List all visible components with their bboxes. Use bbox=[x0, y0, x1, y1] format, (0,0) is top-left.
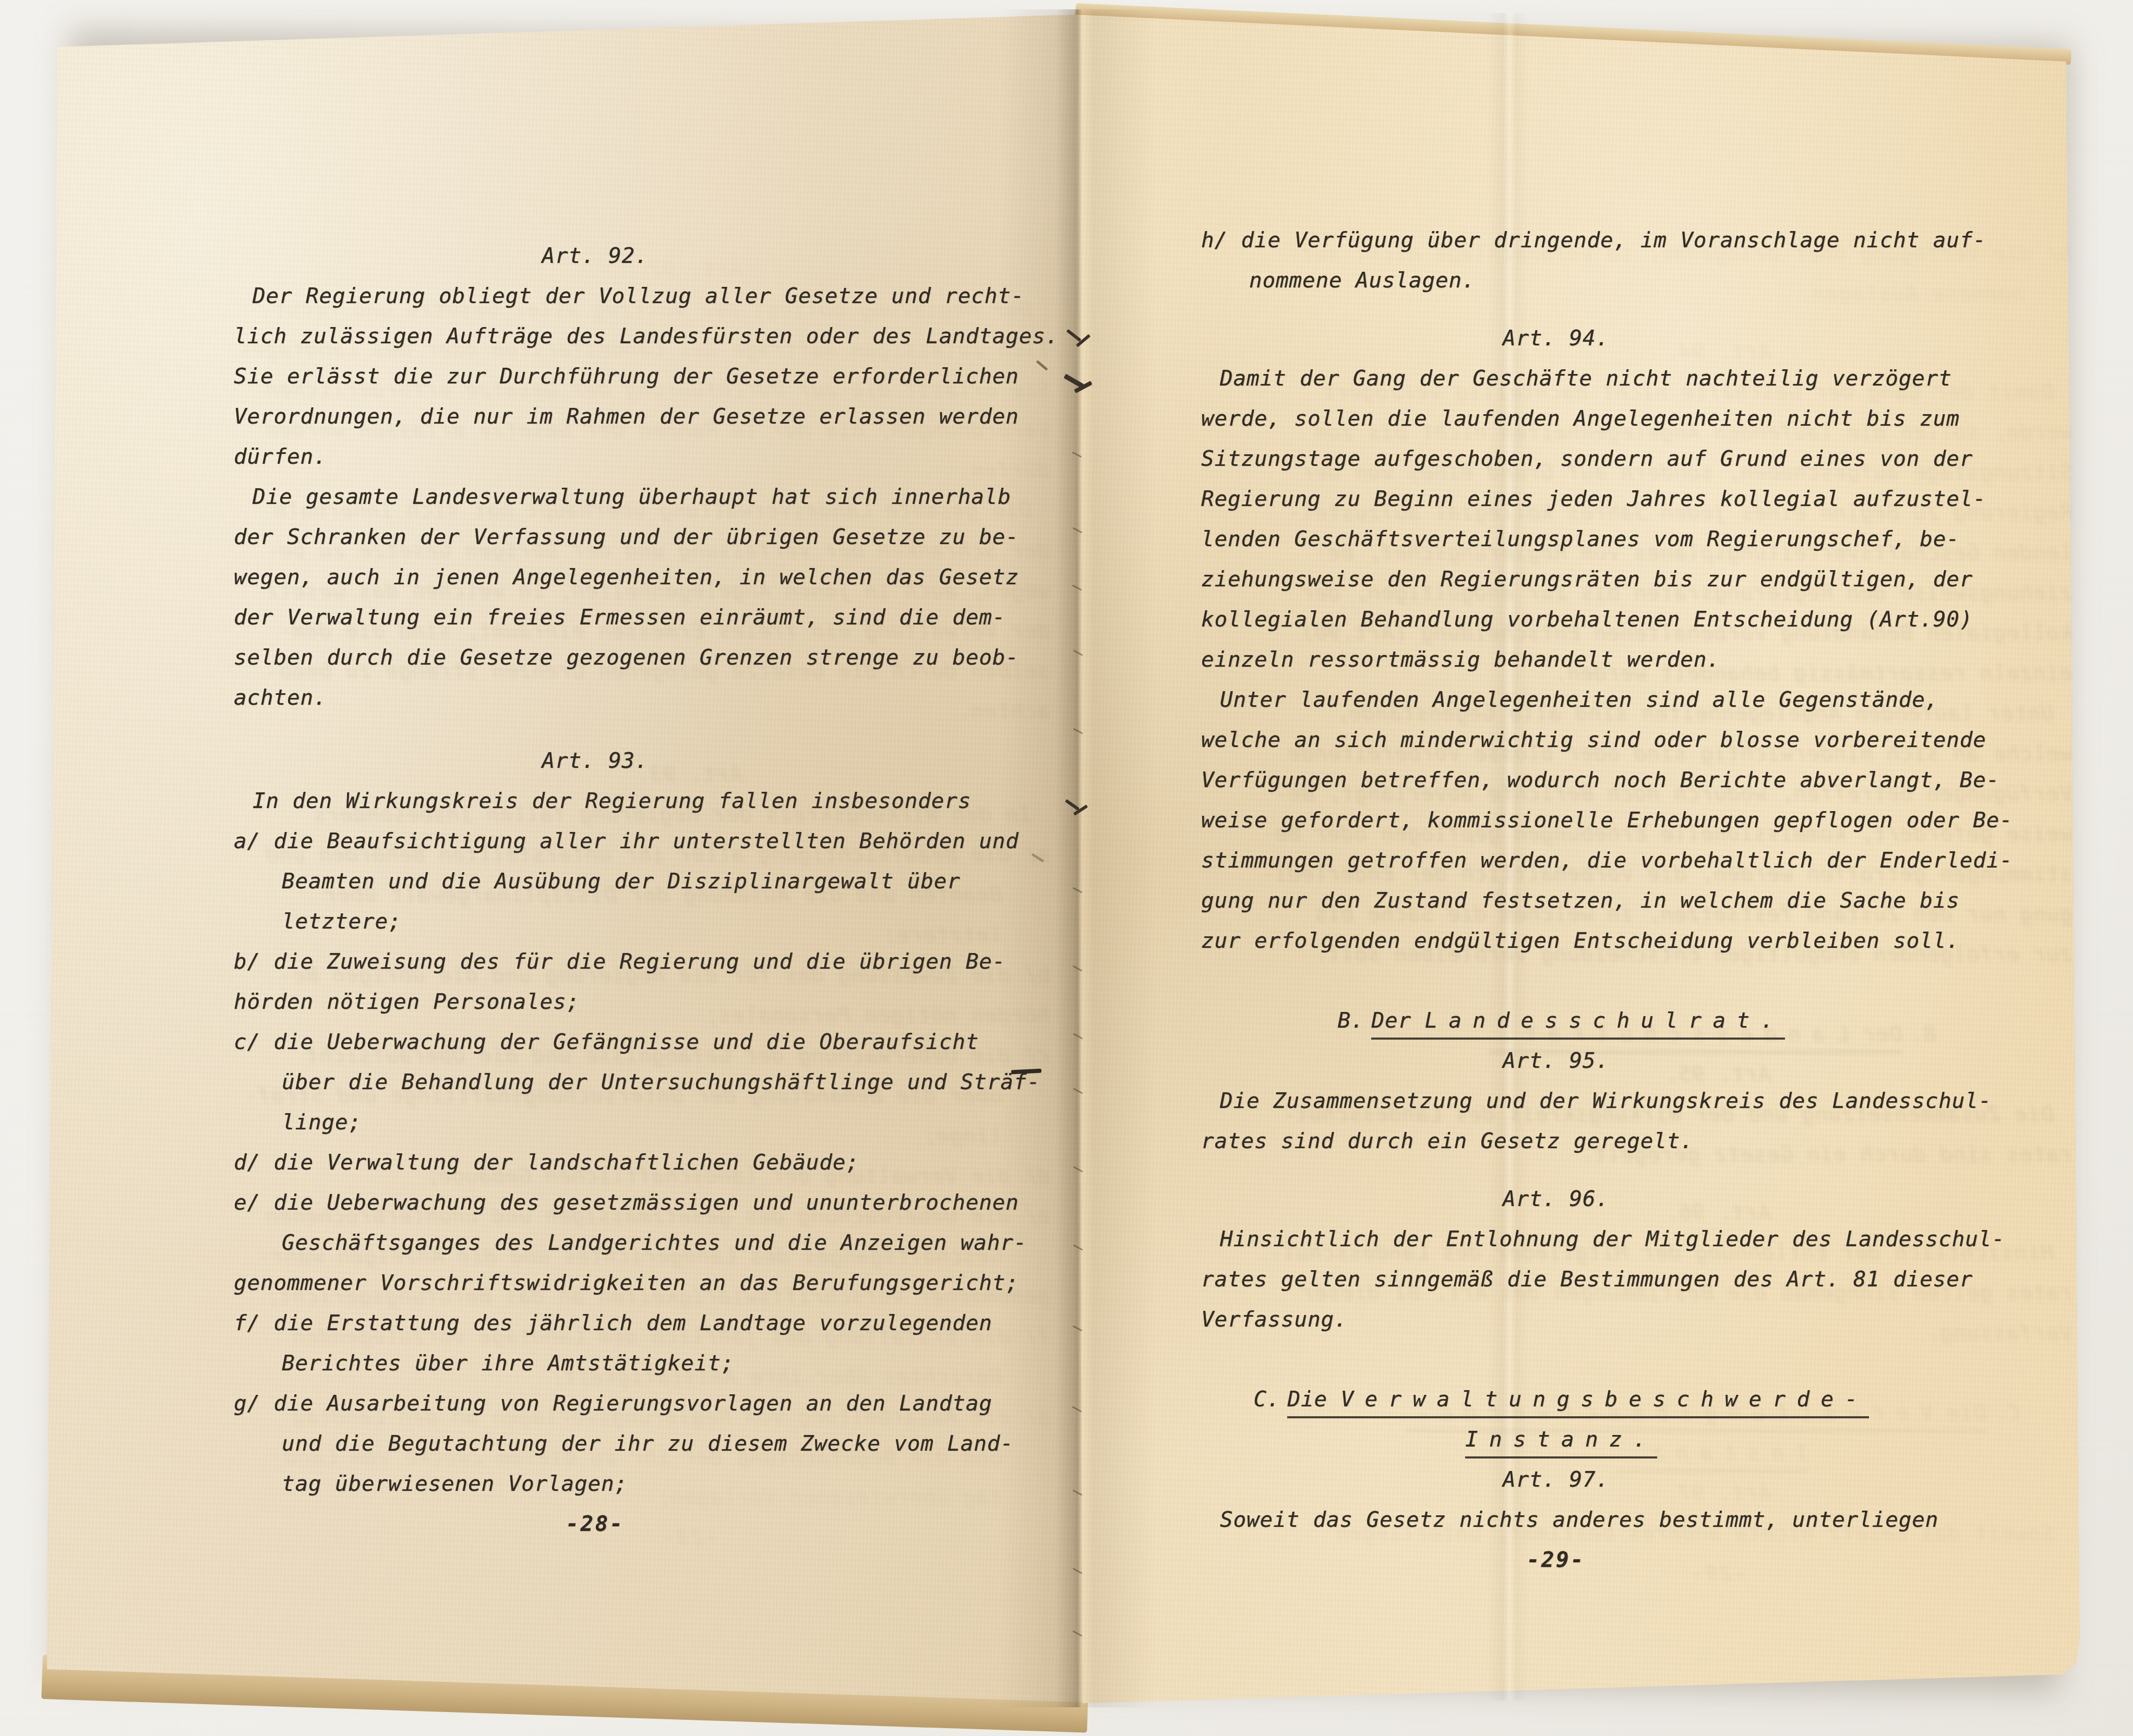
article-heading: Art. 95. bbox=[1201, 1041, 2072, 1081]
page-number: -28- bbox=[234, 1504, 1050, 1544]
text-line: Verordnungen, die nur im Rahmen der Gese… bbox=[234, 396, 1050, 437]
text-line: Berichtes über ihre Amtstätigkeit; bbox=[234, 1343, 1050, 1383]
text-line: In den Wirkungskreis der Regierung falle… bbox=[234, 781, 1050, 821]
page-number: -29- bbox=[1201, 1540, 2072, 1580]
text-line: nommene Auslagen. bbox=[1201, 260, 2072, 300]
text-line: Hinsichtlich der Entlohnung der Mitglied… bbox=[1201, 1219, 2072, 1259]
text-line: lich zulässigen Aufträge des Landesfürst… bbox=[234, 316, 1050, 356]
text-line: Die Zusammensetzung und der Wirkungskrei… bbox=[1201, 1081, 2072, 1121]
text-line: stimmungen getroffen werden, die vorbeha… bbox=[1201, 840, 2072, 881]
text-line: Regierung zu Beginn eines jeden Jahres k… bbox=[1201, 479, 2072, 519]
text-line: d/ die Verwaltung der landschaftlichen G… bbox=[234, 1142, 1050, 1183]
text-line: Unter laufenden Angelegenheiten sind all… bbox=[1201, 680, 2072, 720]
article-heading: Art. 96. bbox=[1201, 1179, 2072, 1219]
text-line: genommener Vorschriftswidrigkeiten an da… bbox=[234, 1263, 1050, 1303]
section-title-underlined: Die Verwaltungsbeschwerde- bbox=[1287, 1387, 1868, 1418]
text-line: e/ die Ueberwachung des gesetzmässigen u… bbox=[234, 1183, 1050, 1223]
section-letter: C. bbox=[1253, 1387, 1280, 1412]
text-line: tag überwiesenen Vorlagen; bbox=[234, 1464, 1050, 1504]
text-line: der Schranken der Verfassung und der übr… bbox=[234, 517, 1050, 557]
text-line: Die gesamte Landesverwaltung überhaupt h… bbox=[234, 477, 1050, 517]
text-line: Verfassung. bbox=[1201, 1299, 2072, 1340]
text-line: Beamten und die Ausübung der Disziplinar… bbox=[234, 861, 1050, 901]
text-line: Damit der Gang der Geschäfte nicht nacht… bbox=[1201, 358, 2072, 399]
text-line: Sitzungstage aufgeschoben, sondern auf G… bbox=[1201, 439, 2072, 479]
article-heading: Art. 97. bbox=[1201, 1460, 2072, 1500]
right-page-text: h/ die Verfügung über dringende, im Vora… bbox=[1201, 220, 2072, 1580]
text-line: weise gefordert, kommissionelle Erhebung… bbox=[1201, 800, 2072, 840]
text-line: b/ die Zuweisung des für die Regierung u… bbox=[234, 942, 1050, 982]
text-line: welche an sich minderwichtig sind oder b… bbox=[1201, 720, 2072, 760]
text-line: und die Begutachtung der ihr zu diesem Z… bbox=[234, 1424, 1050, 1464]
section-title-underlined: Der Landesschulrat. bbox=[1371, 1008, 1784, 1040]
section-heading: C.Die Verwaltungsbeschwerde- bbox=[1201, 1379, 2072, 1419]
article-heading: Art. 93. bbox=[234, 741, 1050, 781]
text-line: lenden Geschäftsverteilungsplanes vom Re… bbox=[1201, 519, 2072, 559]
text-line: hörden nötigen Personales; bbox=[234, 982, 1050, 1022]
section-heading: B.Der Landesschulrat. bbox=[1201, 1000, 2072, 1041]
text-line: gung nur den Zustand festsetzen, in welc… bbox=[1201, 881, 2072, 921]
text-line: wegen, auch in jenen Angelegenheiten, in… bbox=[234, 557, 1050, 597]
left-page-text: Art. 92.Der Regierung obliegt der Vollzu… bbox=[234, 236, 1050, 1544]
text-line: g/ die Ausarbeitung von Regierungsvorlag… bbox=[234, 1383, 1050, 1424]
article-heading: Art. 92. bbox=[234, 236, 1050, 276]
text-line: selben durch die Gesetze gezogenen Grenz… bbox=[234, 637, 1050, 678]
section-heading: Instanz. bbox=[1201, 1419, 2072, 1460]
text-line: Soweit das Gesetz nichts anderes bestimm… bbox=[1201, 1500, 2072, 1540]
text-line: f/ die Erstattung des jährlich dem Landt… bbox=[234, 1303, 1050, 1343]
article-heading: Art. 94. bbox=[1201, 318, 2072, 358]
text-line: kollegialen Behandlung vorbehaltenen Ent… bbox=[1201, 599, 2072, 640]
text-line: c/ die Ueberwachung der Gefängnisse und … bbox=[234, 1022, 1050, 1062]
text-line: der Verwaltung ein freies Ermessen einrä… bbox=[234, 597, 1050, 637]
text-line: einzeln ressortmässig behandelt werden. bbox=[1201, 640, 2072, 680]
text-line: linge; bbox=[234, 1102, 1050, 1142]
text-line: a/ die Beaufsichtigung aller ihr unterst… bbox=[234, 821, 1050, 861]
text-line: ziehungsweise den Regierungsräten bis zu… bbox=[1201, 559, 2072, 599]
text-line: rates gelten sinngemäß die Bestimmungen … bbox=[1201, 1259, 2072, 1299]
text-line: letztere; bbox=[234, 901, 1050, 942]
text-line: Sie erlässt die zur Durchführung der Ges… bbox=[234, 356, 1050, 396]
text-line: h/ die Verfügung über dringende, im Vora… bbox=[1201, 220, 2072, 260]
text-line: achten. bbox=[234, 678, 1050, 718]
section-title-underlined: Instanz. bbox=[1465, 1427, 1657, 1458]
text-line: Verfügungen betreffen, wodurch noch Beri… bbox=[1201, 760, 2072, 800]
text-line: zur erfolgenden endgültigen Entscheidung… bbox=[1201, 921, 2072, 961]
text-line: werde, sollen die laufenden Angelegenhei… bbox=[1201, 399, 2072, 439]
text-line: rates sind durch ein Gesetz geregelt. bbox=[1201, 1121, 2072, 1161]
text-line: Der Regierung obliegt der Vollzug aller … bbox=[234, 276, 1050, 316]
document-scan: Art. 92.Der Regierung obliegt der Vollzu… bbox=[0, 0, 2133, 1736]
text-line: dürfen. bbox=[234, 437, 1050, 477]
section-letter: B. bbox=[1337, 1008, 1364, 1033]
text-line: Geschäftsganges des Landgerichtes und di… bbox=[234, 1223, 1050, 1263]
text-line: über die Behandlung der Untersuchungshäf… bbox=[234, 1062, 1050, 1102]
